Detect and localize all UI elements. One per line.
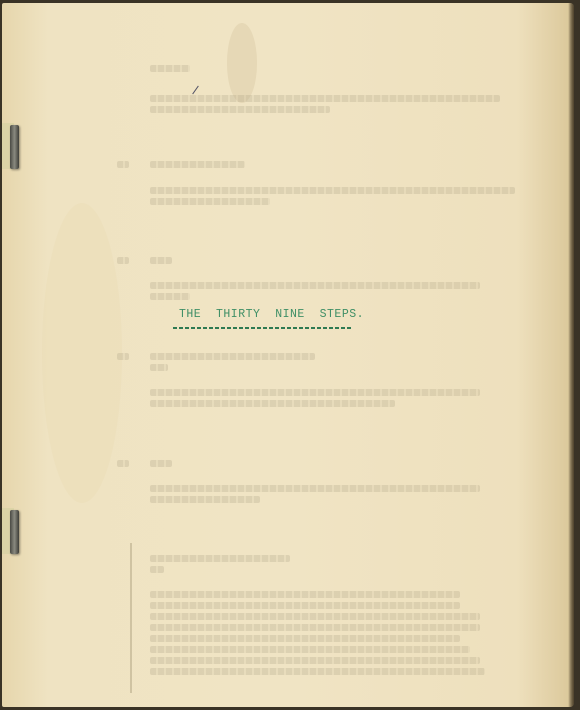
- show-through-line: [150, 364, 168, 371]
- show-through-line: [150, 668, 485, 675]
- show-through-line: [150, 460, 172, 467]
- show-through-line: [150, 187, 515, 194]
- show-through-line: [117, 161, 129, 168]
- show-through-line: [150, 95, 500, 102]
- show-through-line: [117, 257, 129, 264]
- show-through-line: [150, 613, 480, 620]
- page-edge-shadow: [568, 3, 574, 707]
- title-underline: [173, 327, 351, 329]
- show-through-line: [150, 646, 470, 653]
- show-through-line: [150, 400, 395, 407]
- show-through-line: [150, 282, 480, 289]
- show-through-line: [150, 293, 190, 300]
- binder-clip-icon: [10, 125, 19, 169]
- show-through-line: [150, 591, 460, 598]
- pencil-mark: [192, 86, 199, 95]
- show-through-line: [150, 106, 330, 113]
- show-through-line: [150, 257, 172, 264]
- show-through-line: [150, 389, 480, 396]
- show-through-line: [150, 65, 190, 72]
- show-through-line: [150, 496, 260, 503]
- show-through-line: [150, 624, 480, 631]
- show-through-line: [117, 353, 129, 360]
- show-through-line: [117, 460, 129, 467]
- paper-stain: [42, 203, 122, 503]
- paper-fold: [130, 543, 132, 693]
- show-through-line: [150, 353, 315, 360]
- binder-clip-icon: [10, 510, 19, 554]
- paper-stain: [227, 23, 257, 103]
- show-through-line: [150, 657, 480, 664]
- show-through-line: [150, 635, 460, 642]
- show-through-line: [150, 555, 290, 562]
- script-page: THE THIRTY NINE STEPS.: [2, 3, 574, 707]
- show-through-line: [150, 198, 270, 205]
- show-through-line: [150, 566, 164, 573]
- script-title: THE THIRTY NINE STEPS.: [179, 308, 364, 321]
- show-through-line: [150, 602, 460, 609]
- show-through-line: [150, 485, 480, 492]
- show-through-line: [150, 161, 245, 168]
